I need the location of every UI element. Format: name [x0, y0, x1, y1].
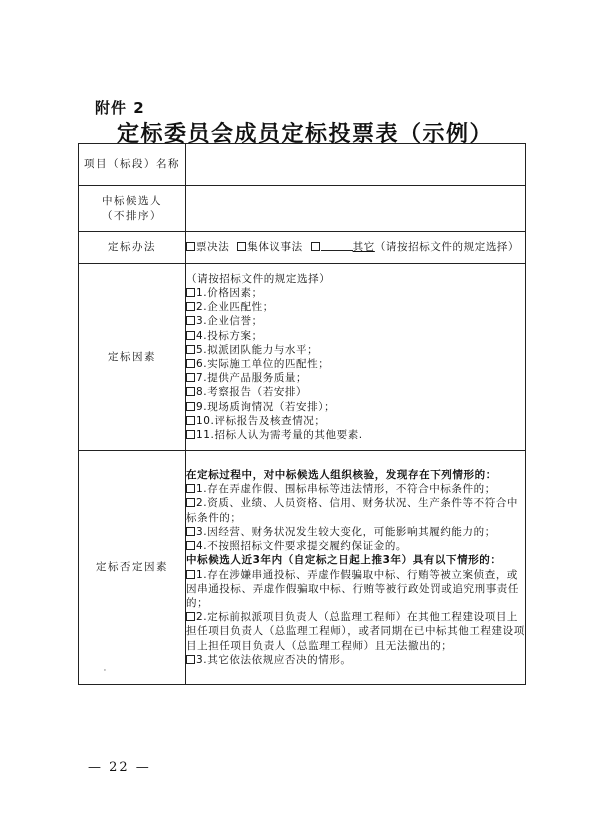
- factor-item[interactable]: 10.评标报告及核查情况；: [186, 414, 525, 428]
- table-row-negative-factors: 定标否定因素 在定标过程中，对中标候选人组织核验，发现存在下列情形的： 1.存在…: [79, 451, 526, 685]
- page-number: — 22 —: [88, 760, 151, 775]
- factor-item[interactable]: 1.价格因素；: [186, 286, 525, 300]
- table-row-candidates: 中标候选人 （不排序）: [79, 186, 526, 232]
- label-negative-factors: 定标否定因素: [79, 451, 186, 685]
- negative-section-heading: 在定标过程中，对中标候选人组织核验，发现存在下列情形的：: [186, 468, 525, 482]
- negative-item[interactable]: 2.定标前拟派项目负责人（总监理工程师）在其他工程建设项目上担任项目负责人（总监…: [186, 610, 525, 653]
- checkbox-icon[interactable]: [186, 484, 195, 493]
- award-method-note: （请按招标文件的规定选择）: [375, 241, 519, 253]
- checkbox-icon[interactable]: [186, 359, 195, 368]
- checkbox-icon[interactable]: [186, 331, 195, 340]
- table-row-award-factors: 定标因素 （请按招标文件的规定选择） 1.价格因素； 2.企业匹配性； 3.企业…: [79, 264, 526, 451]
- checkbox-icon[interactable]: [311, 242, 320, 251]
- option-vote-method[interactable]: 票决法: [186, 241, 229, 253]
- checkbox-icon[interactable]: [186, 416, 195, 425]
- scan-artifact: ': [104, 668, 106, 676]
- label-candidates-line2: （不排序）: [79, 209, 185, 224]
- factor-item[interactable]: 11.招标人认为需考量的其他要素.: [186, 428, 525, 442]
- factor-item[interactable]: 7.提供产品服务质量；: [186, 371, 525, 385]
- label-project-name: 项目（标段）名称: [79, 144, 186, 186]
- table-row-project-name: 项目（标段）名称: [79, 144, 526, 186]
- checkbox-icon[interactable]: [237, 242, 246, 251]
- checkbox-icon[interactable]: [186, 655, 195, 664]
- negative-item[interactable]: 3.因经营、财务状况发生较大变化，可能影响其履约能力的；: [186, 525, 525, 539]
- factor-item[interactable]: 4.投标方案；: [186, 329, 525, 343]
- award-factors-intro: （请按招标文件的规定选择）: [186, 272, 525, 286]
- checkbox-icon[interactable]: [186, 288, 195, 297]
- label-candidates: 中标候选人 （不排序）: [79, 186, 186, 232]
- checkbox-icon[interactable]: [186, 387, 195, 396]
- checkbox-icon[interactable]: [186, 541, 195, 550]
- checkbox-icon[interactable]: [186, 498, 195, 507]
- factor-item[interactable]: 2.企业匹配性；: [186, 300, 525, 314]
- factor-item[interactable]: 8.考察报告（若安排）: [186, 385, 525, 399]
- table-row-award-method: 定标办法 票决法 集体议事法 其它（请按招标文件的规定选择）: [79, 232, 526, 264]
- factor-item[interactable]: 3.企业信誉；: [186, 314, 525, 328]
- negative-item[interactable]: 3.其它依法依规应否决的情形。: [186, 653, 525, 667]
- negative-item[interactable]: 1.存在弄虚作假、围标串标等违法情形，不符合中标条件的；: [186, 482, 525, 496]
- option-other-method[interactable]: 其它: [307, 241, 375, 253]
- label-award-method: 定标办法: [79, 232, 186, 264]
- checkbox-icon[interactable]: [186, 612, 195, 621]
- award-factors-list: （请按招标文件的规定选择） 1.价格因素； 2.企业匹配性； 3.企业信誉； 4…: [186, 264, 526, 451]
- factor-item[interactable]: 5.拟派团队能力与水平；: [186, 343, 525, 357]
- project-name-field[interactable]: [186, 144, 526, 186]
- factor-item[interactable]: 6.实际施工单位的匹配性；: [186, 357, 525, 371]
- checkbox-icon[interactable]: [186, 527, 195, 536]
- checkbox-icon[interactable]: [186, 570, 195, 579]
- checkbox-icon[interactable]: [186, 402, 195, 411]
- checkbox-icon[interactable]: [186, 345, 195, 354]
- checkbox-icon[interactable]: [186, 373, 195, 382]
- negative-item[interactable]: 1.存在涉嫌串通投标、弄虚作假骗取中标、行贿等被立案侦查，或因串通投标、弄虚作假…: [186, 568, 525, 611]
- negative-item[interactable]: 4.不按照招标文件要求提交履约保证金的。: [186, 539, 525, 553]
- voting-form-table: 项目（标段）名称 中标候选人 （不排序） 定标办法 票决法 集体议事法 其它（请…: [78, 143, 526, 685]
- negative-section-heading: 中标候选人近3年内（自定标之日起上推3年）具有以下情形的：: [186, 553, 525, 567]
- attachment-label: 附件 2: [95, 97, 145, 118]
- label-candidates-line1: 中标候选人: [79, 194, 185, 209]
- checkbox-icon[interactable]: [186, 302, 195, 311]
- label-award-factors: 定标因素: [79, 264, 186, 451]
- factor-item[interactable]: 9.现场质询情况（若安排）；: [186, 400, 525, 414]
- option-collective-method[interactable]: 集体议事法: [233, 241, 302, 253]
- award-method-options: 票决法 集体议事法 其它（请按招标文件的规定选择）: [186, 232, 526, 264]
- checkbox-icon[interactable]: [186, 430, 195, 439]
- candidates-field[interactable]: [186, 186, 526, 232]
- negative-item[interactable]: 2.资质、业绩、人员资格、信用、财务状况、生产条件等不符合中标条件的；: [186, 496, 525, 524]
- negative-factors-list: 在定标过程中，对中标候选人组织核验，发现存在下列情形的： 1.存在弄虚作假、围标…: [186, 451, 526, 685]
- checkbox-icon[interactable]: [186, 316, 195, 325]
- other-method-blank[interactable]: [321, 240, 353, 251]
- checkbox-icon[interactable]: [186, 242, 195, 251]
